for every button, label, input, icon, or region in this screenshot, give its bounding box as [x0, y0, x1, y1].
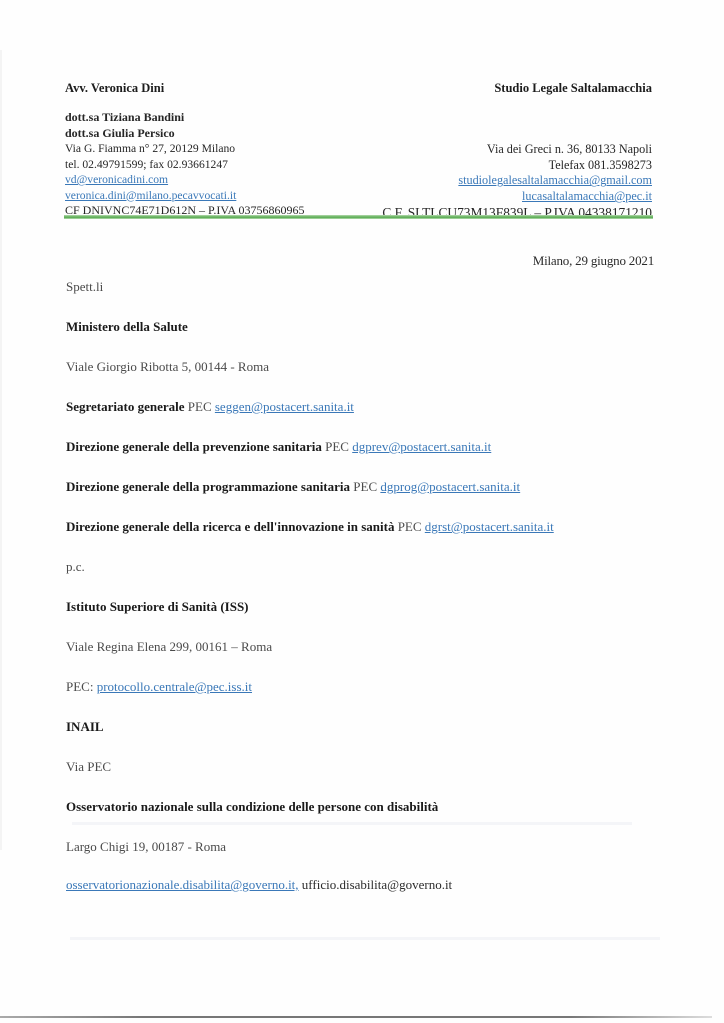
- right-pec-link[interactable]: lucasaltalamacchia@pec.it: [522, 189, 652, 203]
- left-phone: tel. 02.49791599; fax 02.93661247: [65, 157, 365, 173]
- left-pec-link[interactable]: veronica.dini@milano.pecavvocati.it: [65, 189, 236, 202]
- lawyer-name: Avv. Veronica Dini: [65, 80, 365, 96]
- department-name: Direzione generale della programmazione …: [66, 479, 350, 494]
- iss-name: Istituto Superiore di Sanità (ISS): [66, 598, 249, 615]
- pec-label: PEC:: [66, 679, 93, 694]
- salutation: Spett.li: [66, 278, 103, 295]
- scan-edge: [0, 50, 2, 850]
- page-bottom-edge: [0, 1016, 712, 1018]
- department-name: Segretariato generale: [66, 399, 185, 414]
- cc-label: p.c.: [66, 558, 85, 575]
- pec-label: PEC: [325, 439, 349, 454]
- letterhead-right: Studio Legale Saltalamacchia Via dei Gre…: [322, 80, 652, 221]
- ministry-address: Viale Giorgio Ribotta 5, 00144 - Roma: [66, 358, 269, 375]
- inail-note: Via PEC: [66, 758, 111, 775]
- letterhead-divider: [64, 215, 653, 219]
- department-line: Direzione generale della ricerca e dell'…: [66, 518, 554, 535]
- department-name: Direzione generale della prevenzione san…: [66, 439, 322, 454]
- observatory-address: Largo Chigi 19, 00187 - Roma: [66, 838, 226, 855]
- department-email-link[interactable]: dgprog@postacert.sanita.it: [380, 479, 520, 494]
- associate-1: dott.sa Tiziana Bandini: [65, 110, 365, 126]
- department-line: Direzione generale della prevenzione san…: [66, 438, 491, 455]
- iss-pec-link[interactable]: protocollo.centrale@pec.iss.it: [97, 679, 252, 694]
- right-phone: Telefax 081.3598273: [322, 158, 652, 174]
- iss-address: Viale Regina Elena 299, 00161 – Roma: [66, 638, 272, 655]
- associate-2: dott.sa Giulia Persico: [65, 126, 365, 142]
- observatory-name: Osservatorio nazionale sulla condizione …: [66, 798, 438, 815]
- observatory-email-line: osservatorionazionale.disabilita@governo…: [66, 876, 452, 893]
- right-address: Via dei Greci n. 36, 80133 Napoli: [322, 142, 652, 158]
- inail-name: INAIL: [66, 718, 104, 735]
- letter-page: Avv. Veronica Dini dott.sa Tiziana Bandi…: [0, 0, 724, 1023]
- pec-label: PEC: [353, 479, 377, 494]
- department-email-link[interactable]: seggen@postacert.sanita.it: [215, 399, 354, 414]
- iss-pec-line: PEC: protocollo.centrale@pec.iss.it: [66, 678, 252, 695]
- left-address: Via G. Fiamma n° 27, 20129 Milano: [65, 141, 365, 157]
- observatory-email-link[interactable]: osservatorionazionale.disabilita@governo…: [66, 877, 299, 892]
- department-line: Segretariato generale PEC seggen@postace…: [66, 398, 354, 415]
- bleed-through: [70, 937, 660, 940]
- right-email-link[interactable]: studiolegalesaltalamacchia@gmail.com: [458, 173, 652, 187]
- pec-label: PEC: [188, 399, 212, 414]
- left-email-link[interactable]: vd@veronicadini.com: [65, 173, 168, 186]
- department-email-link[interactable]: dgrst@postacert.sanita.it: [425, 519, 554, 534]
- pec-label: PEC: [398, 519, 422, 534]
- ministry-name: Ministero della Salute: [66, 318, 188, 335]
- department-line: Direzione generale della programmazione …: [66, 478, 520, 495]
- letterhead-left: Avv. Veronica Dini dott.sa Tiziana Bandi…: [65, 80, 365, 219]
- department-email-link[interactable]: dgprev@postacert.sanita.it: [352, 439, 491, 454]
- department-name: Direzione generale della ricerca e dell'…: [66, 519, 394, 534]
- letter-date: Milano, 29 giugno 2021: [533, 253, 654, 269]
- observatory-email-secondary: ufficio.disabilita@governo.it: [302, 877, 452, 892]
- bleed-through: [72, 822, 632, 825]
- firm-name: Studio Legale Saltalamacchia: [322, 80, 652, 96]
